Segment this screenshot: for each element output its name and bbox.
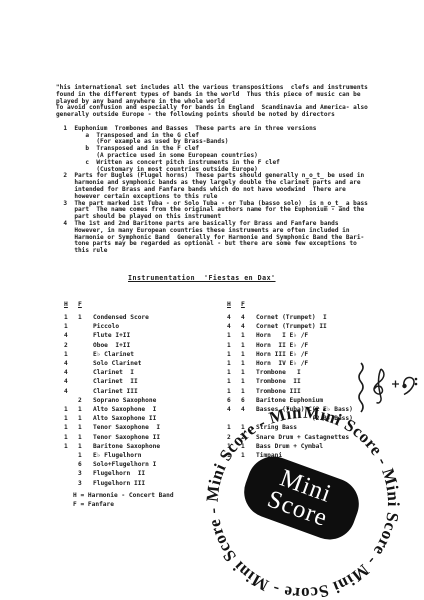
count-harmonie: 4 (227, 313, 241, 322)
count-fanfare: 4 (241, 322, 256, 331)
instrument-name: Bass Drum + Cymbal (256, 442, 323, 451)
count-harmonie: 4 (64, 359, 78, 368)
count-harmonie: 4 (227, 405, 241, 414)
count-fanfare: 1 (241, 451, 256, 460)
count-harmonie: 4 (64, 331, 78, 340)
instrument-name: Clarinet III (93, 387, 138, 396)
count-harmonie: 1 (227, 387, 241, 396)
instrument-name: Flugelhorn II (93, 469, 145, 478)
instrumentation-title: Instrumentation 'Fiestas en Dax' (128, 274, 276, 282)
column-legend: H = Harmonie - Concert Band F = Fanfare (73, 491, 174, 509)
header-harmonie: H (227, 300, 231, 308)
count-harmonie: 1 (227, 442, 241, 451)
count-fanfare: 1 (241, 368, 256, 377)
count-harmonie (227, 414, 241, 423)
scanned-score-notes-page: "his international set includes all the … (0, 0, 424, 600)
count-fanfare (78, 341, 93, 350)
count-fanfare (78, 368, 93, 377)
instrument-name: Clarinet I (93, 368, 134, 377)
table-row: 1 1 Horn II E♭ /F (227, 341, 353, 350)
count-fanfare (78, 387, 93, 396)
count-fanfare: 2 (241, 433, 256, 442)
count-harmonie (64, 451, 78, 460)
count-harmonie (64, 460, 78, 469)
table-row: 2 Soprano Saxophone (64, 396, 160, 405)
instrument-name: E♭ Clarinet (93, 350, 134, 359)
table-row: 4 Clarinet III (64, 387, 160, 396)
table-row: 1 1 Horn I E♭ /F (227, 331, 353, 340)
instrument-name: Baritone Saxophone (93, 442, 160, 451)
instrument-name: Trombone I (256, 368, 301, 377)
count-fanfare: 4 (241, 313, 256, 322)
instrument-name: Piccolo (93, 322, 119, 331)
table-row: 1 1 Bass Drum + Cymbal (227, 442, 353, 451)
treble-clef-icon (374, 369, 384, 403)
count-fanfare (78, 377, 93, 386)
table-row: 4 4 Cornet (Trumpet) I (227, 313, 353, 322)
performance-notes-text: "his international set includes all the … (56, 85, 368, 255)
instrument-name: Clarinet II (93, 377, 138, 386)
count-harmonie: 1 (227, 341, 241, 350)
column-headers-left: H F (64, 300, 93, 308)
table-row: 3 Flugelhorn II (64, 469, 160, 478)
table-row: 1 Piccolo (64, 322, 160, 331)
count-fanfare (241, 414, 256, 423)
count-fanfare: 1 (241, 350, 256, 359)
table-row: 1 1 Timpani (227, 451, 353, 460)
count-harmonie: 2 (227, 433, 241, 442)
table-row: 6 6 Baritone Euphonium (227, 396, 353, 405)
count-harmonie: 1 (227, 451, 241, 460)
count-harmonie: 6 (227, 396, 241, 405)
instrument-name: Flugelhorn III (93, 479, 145, 488)
instrument-name: Baritone Euphonium (256, 396, 323, 405)
instrument-name: Tenor Saxophone I (93, 423, 160, 432)
header-fanfare: F (78, 300, 82, 308)
brace-icon (359, 363, 363, 412)
instrument-name: Alto Saxophone II (93, 414, 156, 423)
count-harmonie: 1 (64, 350, 78, 359)
count-fanfare: 6 (241, 396, 256, 405)
count-fanfare: 1 (78, 451, 93, 460)
column-headers-right: H F (227, 300, 256, 308)
instrument-name: Alto Saxophone I (93, 405, 156, 414)
table-row: 1 1 Condensed Score (64, 313, 160, 322)
table-row: 1 1 Trombone I (227, 368, 353, 377)
table-row: 1 1 Alto Saxophone I (64, 405, 160, 414)
count-fanfare: 1 (78, 423, 93, 432)
table-row: (2 B♭ Bass) (227, 414, 353, 423)
table-row: 6 Solo+Flugelhorn I (64, 460, 160, 469)
count-fanfare: 1 (241, 359, 256, 368)
count-fanfare: 6 (78, 460, 93, 469)
header-fanfare: F (241, 300, 245, 308)
instrument-name: Trombone III (256, 387, 301, 396)
count-fanfare: 1 (78, 405, 93, 414)
table-row: 4 Clarinet I (64, 368, 160, 377)
count-fanfare: 3 (78, 469, 93, 478)
count-harmonie: 1 (64, 313, 78, 322)
count-harmonie: 1 (64, 442, 78, 451)
count-fanfare (78, 359, 93, 368)
count-fanfare: 1 (78, 433, 93, 442)
header-harmonie: H (64, 300, 68, 308)
instrument-name: Basses (Tuba) C(2 E♭ Bass) (256, 405, 353, 414)
count-fanfare: 4 (241, 405, 256, 414)
instrument-name: Tenor Saxophone II (93, 433, 160, 442)
count-harmonie: 1 (64, 405, 78, 414)
instrument-name: Oboe I+II (93, 341, 130, 350)
count-harmonie: 1 (227, 377, 241, 386)
count-fanfare: 1 (241, 341, 256, 350)
table-row: 1 1 Trombone III (227, 387, 353, 396)
count-fanfare: 1 (241, 331, 256, 340)
count-harmonie: 1 (64, 414, 78, 423)
count-harmonie: 1 (227, 359, 241, 368)
count-harmonie (64, 469, 78, 478)
count-fanfare: 1 (241, 423, 256, 432)
instrument-table-right: 4 4 Cornet (Trumpet) I 4 4 Cornet (Trump… (227, 313, 353, 460)
instrument-name: Cornet (Trumpet) II (256, 322, 327, 331)
instrument-name: Cornet (Trumpet) I (256, 313, 327, 322)
count-fanfare: 3 (78, 479, 93, 488)
bass-clef-icon (402, 377, 417, 394)
count-harmonie: 1 (227, 423, 241, 432)
count-harmonie: 4 (64, 377, 78, 386)
count-harmonie: 1 (64, 322, 78, 331)
instrument-name: Trombone II (256, 377, 301, 386)
instrument-name: Solo Clarinet (93, 359, 141, 368)
table-row: 4 Clarinet II (64, 377, 160, 386)
count-harmonie: 4 (64, 387, 78, 396)
count-fanfare: 1 (241, 387, 256, 396)
table-row: 1 E♭ Flugelhorn (64, 451, 160, 460)
count-harmonie: 4 (64, 368, 78, 377)
table-row: 1 1 String Bass (227, 423, 353, 432)
instrument-name: Snare Drum + Castagnettes (256, 433, 349, 442)
clef-annotation-icon (354, 360, 418, 420)
count-harmonie (64, 396, 78, 405)
count-fanfare: 1 (241, 442, 256, 451)
table-row: 4 4 Basses (Tuba) C(2 E♭ Bass) (227, 405, 353, 414)
count-fanfare: 1 (78, 414, 93, 423)
table-row: 1 1 Tenor Saxophone II (64, 433, 160, 442)
count-harmonie: 1 (64, 423, 78, 432)
instrument-name: (2 B♭ Bass) (256, 414, 353, 423)
count-fanfare: 1 (241, 377, 256, 386)
table-row: 4 Solo Clarinet (64, 359, 160, 368)
count-fanfare: 2 (78, 396, 93, 405)
count-harmonie: 1 (227, 350, 241, 359)
instrument-name: Horn IV E♭ /F (256, 359, 308, 368)
count-fanfare: 1 (78, 442, 93, 451)
count-harmonie: 4 (227, 322, 241, 331)
table-row: 4 4 Cornet (Trumpet) II (227, 322, 353, 331)
instrument-name: Horn III E♭ /F (256, 350, 308, 359)
instrument-name: Horn I E♭ /F (256, 331, 308, 340)
count-harmonie: 2 (64, 341, 78, 350)
instrument-name: Condensed Score (93, 313, 149, 322)
table-row: 1 1 Tenor Saxophone I (64, 423, 160, 432)
table-row: 3 Flugelhorn III (64, 479, 160, 488)
watermark-stamp: Mini Score (237, 449, 366, 547)
instrument-name: Soprano Saxophone (93, 396, 156, 405)
count-harmonie: 1 (64, 433, 78, 442)
count-harmonie (64, 479, 78, 488)
instrument-name: Solo+Flugelhorn I (93, 460, 156, 469)
instrument-name: String Bass (256, 423, 297, 432)
table-row: 4 Flute I+II (64, 331, 160, 340)
count-harmonie: 1 (227, 368, 241, 377)
instrument-name: E♭ Flugelhorn (93, 451, 141, 460)
table-row: 1 1 Horn III E♭ /F (227, 350, 353, 359)
count-harmonie: 1 (227, 331, 241, 340)
count-fanfare (78, 322, 93, 331)
instrument-name: Flute I+II (93, 331, 130, 340)
plus-icon (392, 381, 399, 388)
count-fanfare (78, 331, 93, 340)
count-fanfare: 1 (78, 313, 93, 322)
table-row: 2 Oboe I+II (64, 341, 160, 350)
table-row: 1 1 Trombone II (227, 377, 353, 386)
instrument-name: Horn II E♭ /F (256, 341, 308, 350)
table-row: 1 E♭ Clarinet (64, 350, 160, 359)
table-row: 1 1 Alto Saxophone II (64, 414, 160, 423)
table-row: 1 1 Baritone Saxophone (64, 442, 160, 451)
count-fanfare (78, 350, 93, 359)
table-row: 2 2 Snare Drum + Castagnettes (227, 433, 353, 442)
instrument-table-left: 1 1 Condensed Score 1 Piccolo 4 Flute I+… (64, 313, 160, 488)
table-row: 1 1 Horn IV E♭ /F (227, 359, 353, 368)
